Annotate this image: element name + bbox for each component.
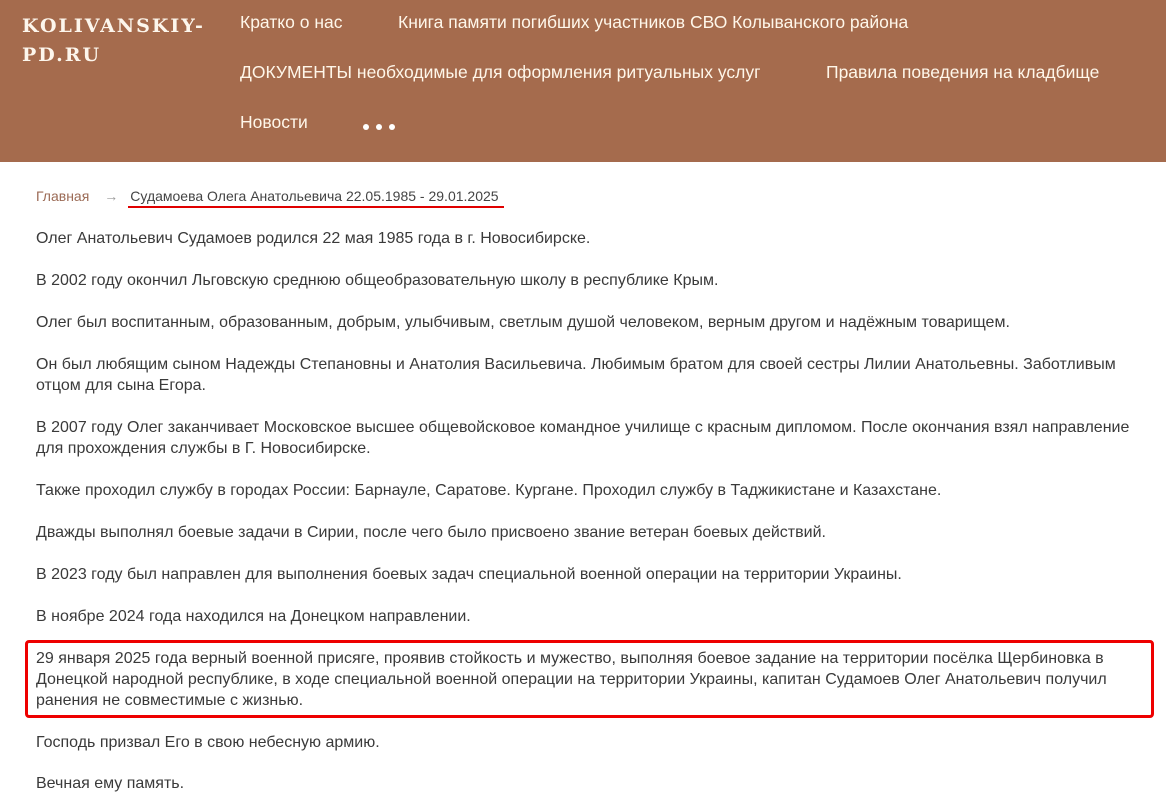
breadcrumb-red-underline [128, 206, 504, 208]
breadcrumb-current: Судамоева Олега Анатольевича 22.05.1985 … [130, 188, 498, 204]
paragraph: Он был любящим сыном Надежды Степановны … [36, 354, 1156, 396]
logo-line-1: KOLIVANSKIY- [22, 12, 212, 41]
paragraph: Олег был воспитанным, образованным, добр… [36, 312, 1156, 333]
nav-item-cemetery-rules[interactable]: Правила поведения на кладбище [826, 62, 1099, 83]
paragraph: Дважды выполнял боевые задачи в Сирии, п… [36, 522, 1156, 543]
dot [376, 124, 382, 130]
paragraph: В 2023 году был направлен для выполнения… [36, 564, 1156, 585]
site-header: KOLIVANSKIY- PD.RU Кратко о нас Книга па… [0, 0, 1166, 162]
breadcrumb-home-link[interactable]: Главная [36, 188, 89, 204]
paragraph: Господь призвал Его в свою небесную арми… [36, 732, 1156, 753]
paragraph: В ноябре 2024 года находился на Донецком… [36, 606, 1156, 627]
more-dots-icon[interactable] [363, 120, 403, 134]
paragraph: В 2002 году окончил Льговскую среднюю об… [36, 270, 1156, 291]
dot [389, 124, 395, 130]
paragraph: В 2007 году Олег заканчивает Московское … [36, 417, 1156, 459]
arrow-right-icon: → [104, 188, 118, 204]
nav-item-about[interactable]: Кратко о нас [240, 12, 342, 33]
paragraph: Олег Анатольевич Судамоев родился 22 мая… [36, 228, 1156, 249]
nav-item-news[interactable]: Новости [240, 112, 308, 133]
paragraph: Вечная ему память. [36, 773, 1156, 794]
dot [363, 124, 369, 130]
nav-item-memory-book[interactable]: Книга памяти погибших участников СВО Кол… [398, 12, 908, 33]
logo-line-2: PD.RU [22, 41, 212, 70]
highlight-box [25, 640, 1154, 718]
site-logo[interactable]: KOLIVANSKIY- PD.RU [22, 12, 212, 70]
breadcrumb: Главная→Судамоева Олега Анатольевича 22.… [36, 188, 499, 204]
nav-item-documents[interactable]: ДОКУМЕНТЫ необходимые для оформления рит… [240, 62, 761, 83]
paragraph: Также проходил службу в городах России: … [36, 480, 1156, 501]
